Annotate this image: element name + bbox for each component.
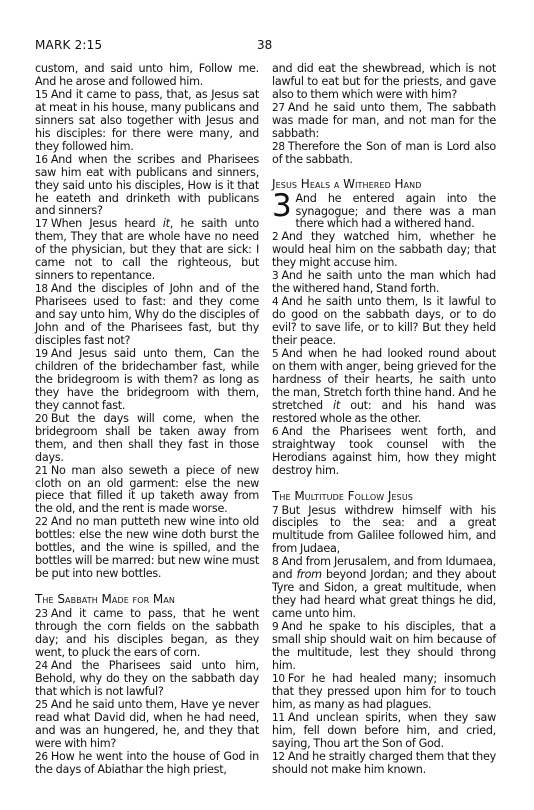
verse-paragraph: 7But Jesus withdrew himself with his dis… bbox=[272, 505, 496, 557]
page-number: 38 bbox=[257, 38, 272, 52]
verse-paragraph: 5And when he had looked round about on t… bbox=[272, 348, 496, 426]
verse-text: No man also seweth a piece of new cloth … bbox=[35, 464, 259, 516]
right-column: and did eat the shewbread, which is not … bbox=[272, 63, 496, 777]
verse-paragraph: 18And the disciples of John and of the P… bbox=[35, 283, 259, 348]
verse-number: 5 bbox=[272, 348, 278, 360]
verse-number: 8 bbox=[272, 556, 278, 568]
verse-text: And when the scribes and Pharisees saw h… bbox=[35, 153, 259, 218]
verse-paragraph: 3And he entered again into the synagogue… bbox=[272, 193, 496, 232]
verse-text: Therefore the Son of man is Lord also of… bbox=[272, 140, 496, 166]
verse-paragraph: 22And no man putteth new wine into old b… bbox=[35, 516, 259, 581]
verse-text: And the Pharisees said unto him, Behold,… bbox=[35, 659, 259, 698]
verse-paragraph: 20But the days will come, when the bride… bbox=[35, 413, 259, 465]
verse-number: 7 bbox=[272, 505, 278, 517]
verse-number: 24 bbox=[35, 660, 48, 672]
verse-paragraph: 4And he saith unto them, Is it lawful to… bbox=[272, 296, 496, 348]
verse-text: When Jesus heard bbox=[51, 217, 163, 230]
verse-paragraph: 24And the Pharisees said unto him, Behol… bbox=[35, 660, 259, 699]
verse-paragraph: 17When Jesus heard it, he saith unto the… bbox=[35, 218, 259, 283]
verse-number: 15 bbox=[35, 89, 48, 101]
verse-text: For he had healed many; insomuch that th… bbox=[272, 672, 496, 711]
verse-paragraph: 12And he straitly charged them that they… bbox=[272, 751, 496, 777]
verse-number: 19 bbox=[35, 348, 48, 360]
verse-paragraph: 26How he went into the house of God in t… bbox=[35, 751, 259, 777]
verse-number: 3 bbox=[272, 270, 278, 282]
verse-number: 4 bbox=[272, 296, 278, 308]
verse-number: 28 bbox=[272, 141, 285, 153]
bible-page: MARK 2:15 38 custom, and said unto him, … bbox=[0, 0, 534, 810]
verse-paragraph: custom, and said unto him, Follow me. An… bbox=[35, 63, 259, 89]
running-head: MARK 2:15 bbox=[35, 38, 102, 52]
verse-number: 20 bbox=[35, 413, 48, 425]
verse-paragraph: 10For he had healed many; insomuch that … bbox=[272, 673, 496, 712]
verse-text: And he said unto them, Have ye never rea… bbox=[35, 698, 259, 750]
verse-number: 17 bbox=[35, 218, 48, 230]
verse-text: And it came to pass, that he went throug… bbox=[35, 607, 259, 659]
verse-paragraph: 8And from Jerusalem, and from Idumaea, a… bbox=[272, 556, 496, 621]
verse-paragraph: 27And he said unto them, The sabbath was… bbox=[272, 102, 496, 141]
verse-number: 10 bbox=[272, 673, 285, 685]
verse-number: 12 bbox=[272, 751, 285, 763]
verse-paragraph: 2And they watched him, whether he would … bbox=[272, 231, 496, 270]
verse-number: 22 bbox=[35, 516, 48, 528]
verse-number: 18 bbox=[35, 283, 48, 295]
verse-text: and did eat the shewbread, which is not … bbox=[272, 62, 496, 101]
section-heading: The Multitude Follow Jesus bbox=[272, 490, 496, 503]
verse-text: And no man putteth new wine into old bot… bbox=[35, 515, 259, 580]
verse-paragraph: 28Therefore the Son of man is Lord also … bbox=[272, 141, 496, 167]
verse-text: And they watched him, whether he would h… bbox=[272, 230, 496, 269]
verse-paragraph: 23And it came to pass, that he went thro… bbox=[35, 608, 259, 660]
verse-text: And he spake to his disciples, that a sm… bbox=[272, 620, 496, 672]
verse-text: And Jesus said unto them, Can the childr… bbox=[35, 347, 259, 412]
verse-number: 6 bbox=[272, 426, 278, 438]
verse-paragraph: 3And he saith unto the man which had the… bbox=[272, 270, 496, 296]
verse-number: 27 bbox=[272, 102, 285, 114]
italic-word: from bbox=[297, 568, 322, 581]
section-heading: Jesus Heals a Withered Hand bbox=[272, 178, 496, 191]
section-heading: The Sabbath Made for Man bbox=[35, 593, 259, 606]
verse-text: And he saith unto them, Is it lawful to … bbox=[272, 295, 496, 347]
verse-number: 23 bbox=[35, 608, 48, 620]
verse-number: 21 bbox=[35, 465, 48, 477]
verse-text: And he entered again into the synagogue;… bbox=[295, 192, 496, 231]
verse-text: And it came to pass, that, as Jesus sat … bbox=[35, 88, 259, 153]
verse-number: 9 bbox=[272, 621, 278, 633]
verse-text: But the days will come, when the bridegr… bbox=[35, 412, 259, 464]
chapter-number: 3 bbox=[272, 194, 291, 219]
verse-number: 2 bbox=[272, 231, 278, 243]
verse-text: And he straitly charged them that they s… bbox=[272, 750, 496, 776]
verse-paragraph: 9And he spake to his disciples, that a s… bbox=[272, 621, 496, 673]
verse-number: 16 bbox=[35, 154, 48, 166]
verse-text: And the Pharisees went forth, and straig… bbox=[272, 425, 496, 477]
verse-text: custom, and said unto him, Follow me. An… bbox=[35, 62, 259, 88]
verse-paragraph: and did eat the shewbread, which is not … bbox=[272, 63, 496, 102]
verse-number: 11 bbox=[272, 712, 285, 724]
verse-paragraph: 11And unclean spirits, when they saw him… bbox=[272, 712, 496, 751]
verse-paragraph: 15And it came to pass, that, as Jesus sa… bbox=[35, 89, 259, 154]
verse-text: How he went into the house of God in the… bbox=[35, 750, 259, 776]
verse-text: And he saith unto the man which had the … bbox=[272, 269, 496, 295]
left-column: custom, and said unto him, Follow me. An… bbox=[35, 63, 259, 776]
verse-paragraph: 6And the Pharisees went forth, and strai… bbox=[272, 426, 496, 478]
verse-text: And unclean spirits, when they saw him, … bbox=[272, 711, 496, 750]
italic-word: it bbox=[333, 399, 340, 412]
verse-paragraph: 19And Jesus said unto them, Can the chil… bbox=[35, 348, 259, 413]
verse-number: 26 bbox=[35, 751, 48, 763]
verse-paragraph: 25And he said unto them, Have ye never r… bbox=[35, 699, 259, 751]
italic-word: it bbox=[163, 217, 170, 230]
verse-paragraph: 16And when the scribes and Pharisees saw… bbox=[35, 154, 259, 219]
verse-number: 25 bbox=[35, 699, 48, 711]
verse-paragraph: 21No man also seweth a piece of new clot… bbox=[35, 465, 259, 517]
verse-text: But Jesus withdrew himself with his disc… bbox=[272, 504, 496, 556]
verse-text: And he said unto them, The sabbath was m… bbox=[272, 101, 496, 140]
verse-text: And the disciples of John and of the Pha… bbox=[35, 282, 259, 347]
